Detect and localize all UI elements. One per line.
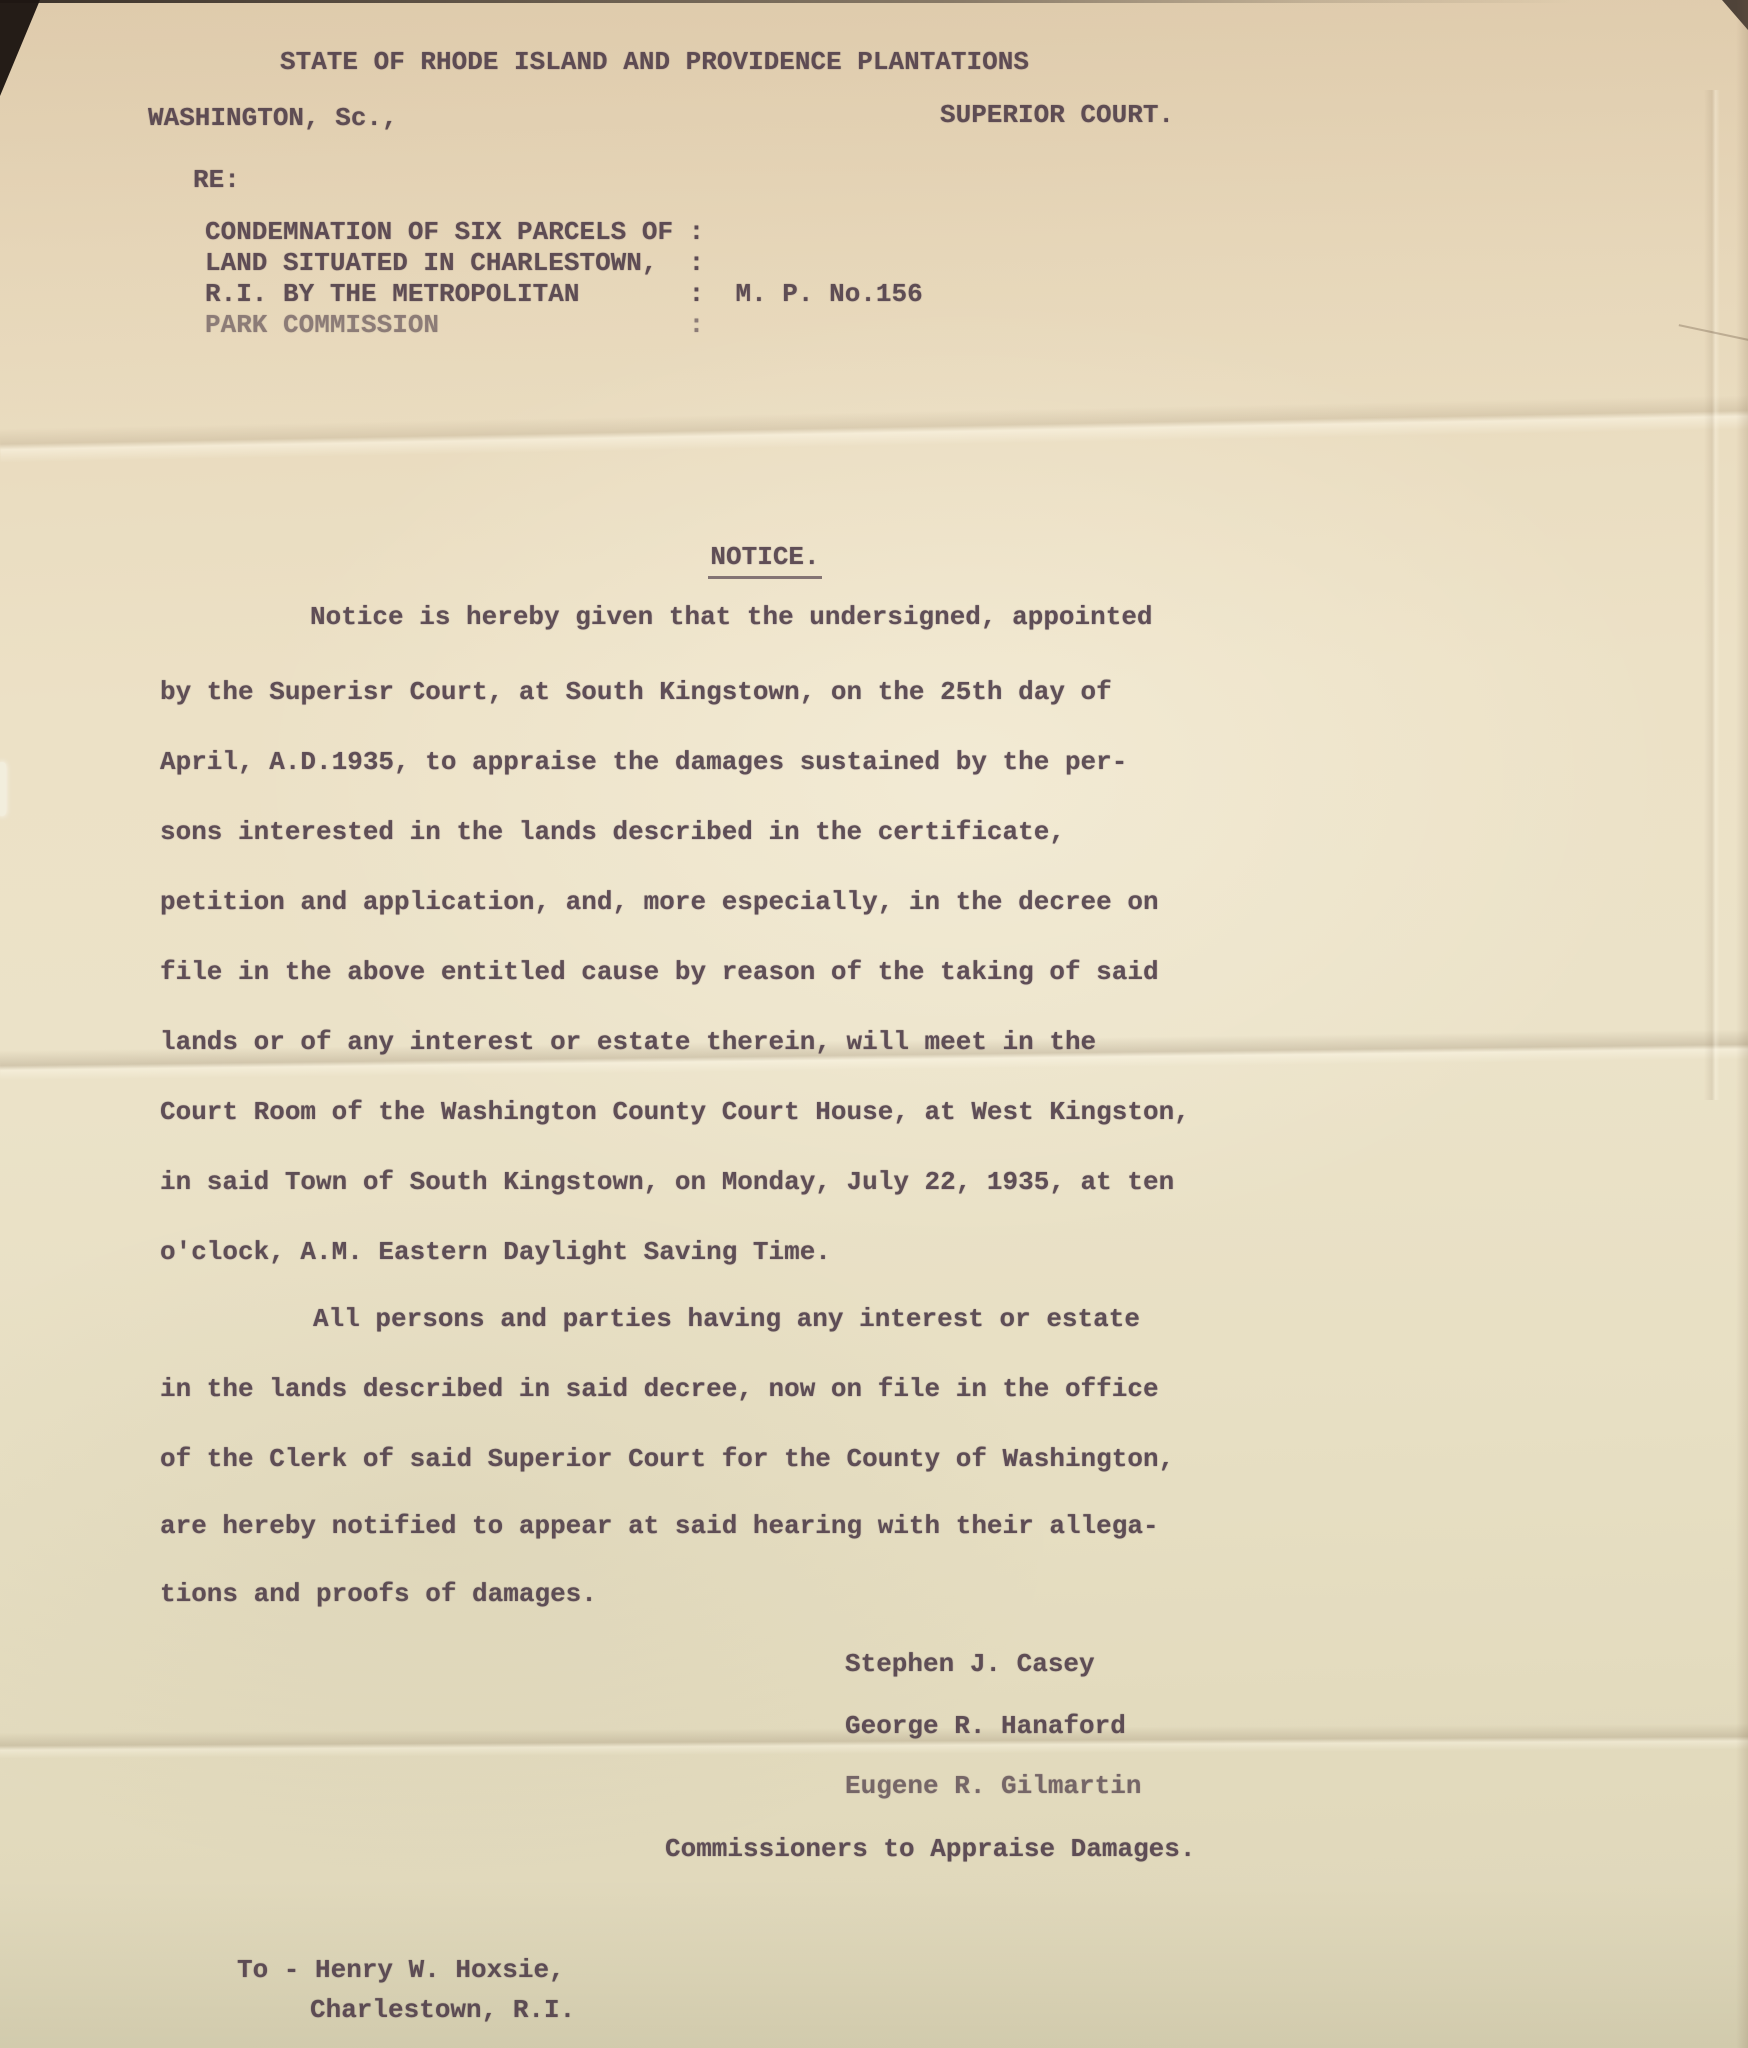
notice-title-text: NOTICE. [708,542,821,579]
header-court-line: SUPERIOR COURT. [940,101,1174,131]
re-label: RE: [193,166,240,196]
body-line: Court Room of the Washington County Cour… [160,1098,1190,1128]
body-line: All persons and parties having any inter… [313,1305,1140,1335]
body-line: sons interested in the lands described i… [160,818,1065,848]
body-line: by the Superisr Court, at South Kingstow… [160,678,1112,708]
body-line: in said Town of South Kingstown, on Mond… [160,1168,1174,1198]
scan-edge-top [0,0,1748,3]
scan-edge-right-shadow [1736,0,1748,2048]
signature-name: George R. Hanaford [845,1712,1126,1742]
case-block-line: PARK COMMISSION : [205,311,704,341]
body-line: petition and application, and, more espe… [160,888,1159,918]
recipient-line: Charlestown, R.I. [310,1996,575,2026]
fold-crease-upper [0,395,1748,463]
body-line: lands or of any interest or estate there… [160,1028,1096,1058]
header-state-line: STATE OF RHODE ISLAND AND PROVIDENCE PLA… [280,48,1029,78]
body-line: are hereby notified to appear at said he… [160,1512,1159,1542]
recipient-line: To - Henry W. Hoxsie, [237,1956,565,1986]
case-block-line-with-case-number: R.I. BY THE METROPOLITAN : M. P. No.156 [205,280,923,310]
header-county-line: WASHINGTON, Sc., [148,104,398,134]
body-line: tions and proofs of damages. [160,1580,597,1610]
signature-name: Eugene R. Gilmartin [845,1772,1141,1802]
fold-crease-vertical-right [1704,90,1720,1100]
scan-corner-mark-top-left [0,0,40,96]
paper-notch-left-edge [0,762,6,816]
case-block-line: CONDEMNATION OF SIX PARCELS OF : [205,218,704,248]
body-line: of the Clerk of said Superior Court for … [160,1445,1174,1475]
notice-title: NOTICE. [646,513,822,603]
signature-caption: Commissioners to Appraise Damages. [665,1835,1196,1865]
body-line: in the lands described in said decree, n… [160,1375,1159,1405]
scanned-legal-notice-page: STATE OF RHODE ISLAND AND PROVIDENCE PLA… [0,0,1748,2048]
case-block-line: LAND SITUATED IN CHARLESTOWN, : [205,249,704,279]
body-line: o'clock, A.M. Eastern Daylight Saving Ti… [160,1238,831,1268]
body-line: Notice is hereby given that the undersig… [310,603,1153,633]
body-line: April, A.D.1935, to appraise the damages… [160,748,1127,778]
body-line: file in the above entitled cause by reas… [160,958,1159,988]
signature-name: Stephen J. Casey [845,1650,1095,1680]
